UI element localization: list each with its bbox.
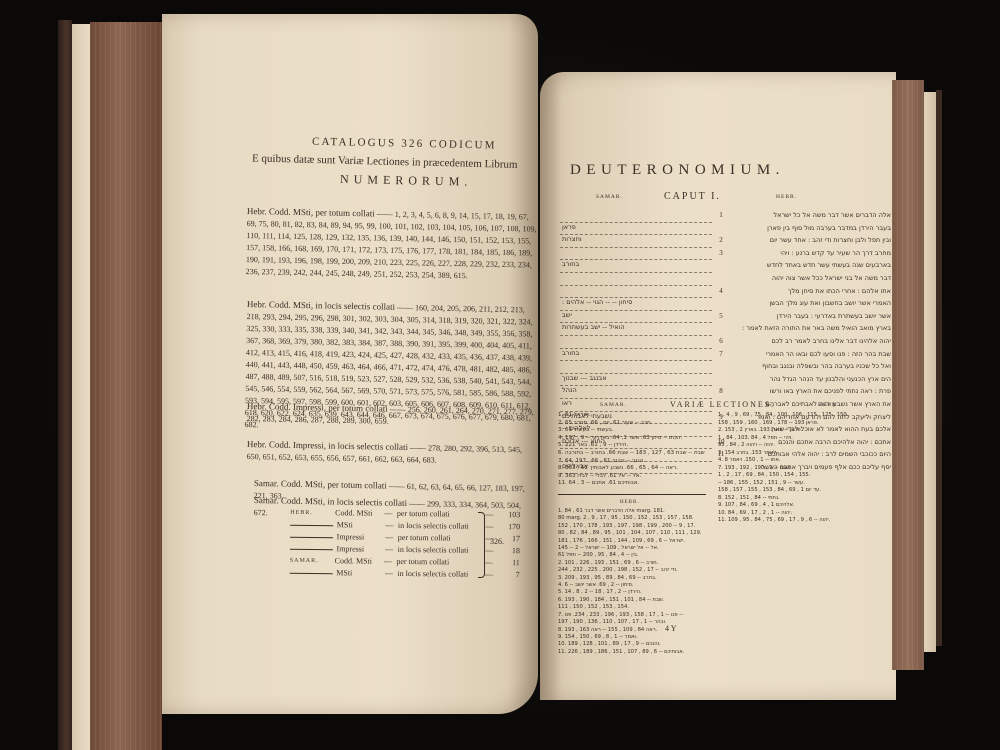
summary-table: HEBR. Codd. MSti — per totum collati — 1… (290, 507, 521, 581)
samaritan-column-label: SAMAR. (596, 194, 623, 200)
hebrew-column-label: HEBR. (776, 194, 797, 200)
divider-rule (558, 494, 706, 495)
paragraph-heading: Hebr. Codd. Impressi, in locis selectis … (247, 439, 408, 452)
paragraph-heading: Hebr. Codd. MSti, per totum collati (247, 206, 375, 218)
hebrew-notes-left: 1. אלה הדברים אשר דבר 61 , 84 marg. 181.… (558, 508, 708, 656)
flyleaf-left (72, 24, 90, 750)
samaritan-notes: 1. ישראל 61. 2. חרב -- שעיר 61. יום , 66… (558, 412, 708, 488)
book-cover-left (58, 20, 72, 750)
paragraph-heading: Samar. Codd. MSti, per totum collati (254, 478, 387, 491)
book-cover-right (936, 90, 942, 646)
flyleaf-right (924, 92, 936, 652)
paragraph-heading: Samar. Codd. MSti, in locis selectis col… (254, 495, 407, 508)
summary-row: MSti — in locis selectis collati — 7 (290, 567, 520, 581)
chapter-label: CAPUT I. (664, 191, 721, 202)
paragraph-heading: Hebr. Codd. MSti, in locis selectis coll… (247, 299, 395, 312)
ditto-rule (290, 548, 333, 549)
codex-list-paragraph: Hebr. Codd. MSti, per totum collati —— 1… (246, 205, 537, 284)
ditto-rule (290, 572, 333, 573)
signature-mark: 4 Y (665, 624, 676, 633)
summary-total: 326. (490, 537, 504, 546)
book-title: DEUTERONOMIUM. (570, 162, 830, 179)
ditto-rule (290, 524, 333, 525)
hebrew-notes-label: HEBR. (620, 500, 640, 505)
hebrew-notes-right: 1 , 4 , 9 , 69 , 75 , 84 , 100 , 106 , 1… (718, 412, 888, 525)
page-edges-right (892, 80, 924, 670)
page-edges-left (90, 22, 162, 750)
ditto-rule (290, 536, 333, 537)
summary-brace (478, 512, 485, 578)
codex-numbers: 1, 2, 3, 4, 5, 6, 8, 9, 14, 15, 17, 18, … (246, 210, 537, 280)
paragraph-heading: Hebr. Codd. Impressi, per totum collati (247, 401, 388, 414)
